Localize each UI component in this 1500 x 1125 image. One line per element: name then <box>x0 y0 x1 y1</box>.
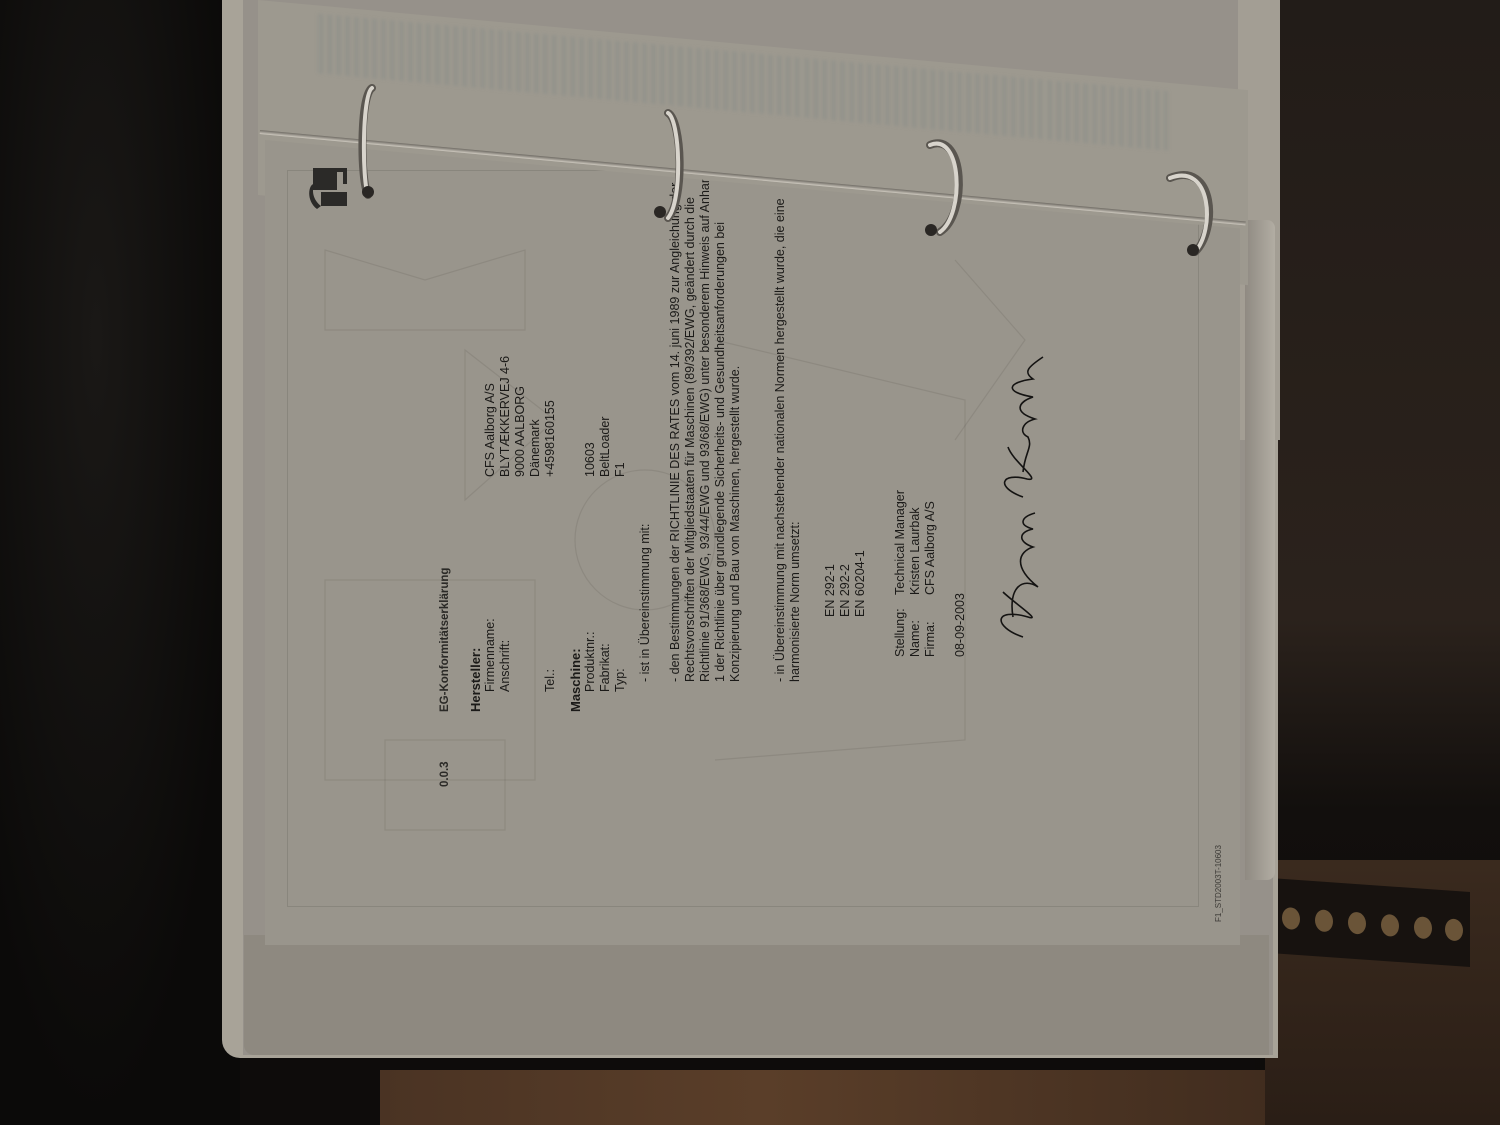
ring-icon <box>925 143 959 236</box>
binder-rings <box>0 0 1500 1125</box>
ring-icon <box>654 113 680 218</box>
ring-icon <box>1170 175 1209 256</box>
ring-icon <box>362 88 374 198</box>
